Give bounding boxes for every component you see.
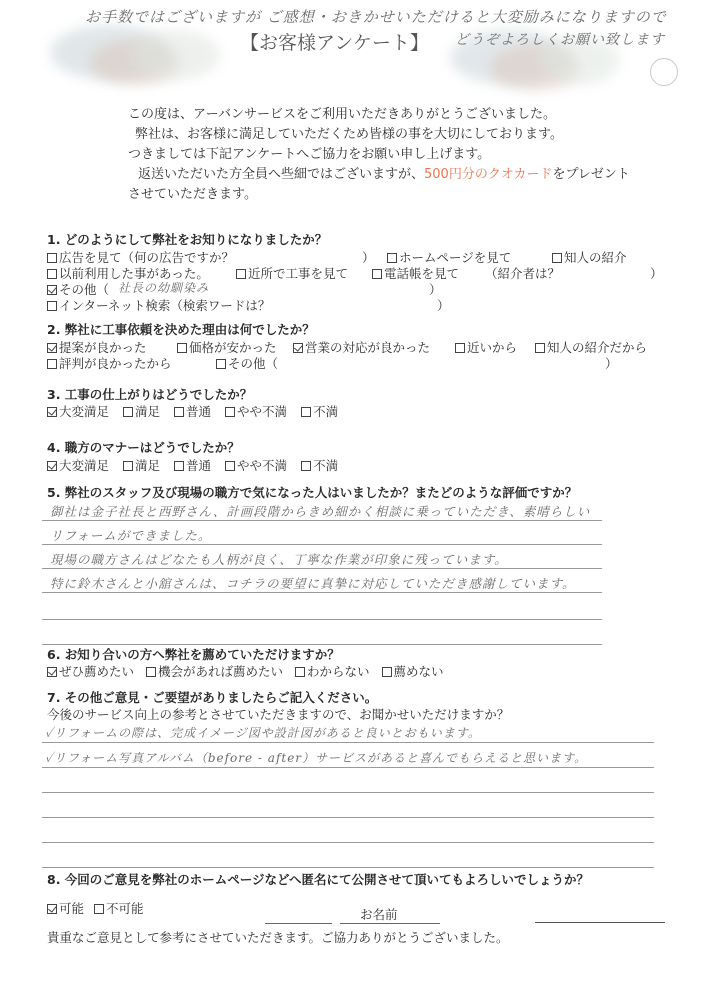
checkbox-checked-icon: [47, 461, 57, 471]
checkbox-icon: [225, 407, 235, 417]
checkbox-icon: [47, 359, 57, 369]
checkbox-icon: [216, 359, 226, 369]
answer-line-divider: [42, 520, 602, 521]
q4-option-label: 不満: [313, 458, 338, 473]
q1-question: 1. どのようにして弊社をお知りになりましたか？: [47, 230, 327, 248]
checkbox-checked-icon: [47, 343, 57, 353]
q3-option-label: 不満: [313, 404, 338, 419]
checkbox-icon: [123, 407, 133, 417]
q2-option-nearby[interactable]: 近いから: [455, 338, 517, 356]
checkbox-icon: [236, 269, 246, 279]
q6-option-if-chance[interactable]: 機会があれば薦めたい: [146, 662, 283, 680]
checkbox-icon: [295, 667, 305, 677]
q6-option-definitely[interactable]: ぜひ薦めたい: [47, 662, 134, 680]
q2-option-other[interactable]: その他（: [216, 354, 278, 372]
q1-option-ad[interactable]: 広告を見て（何の広告ですか？: [47, 250, 234, 265]
answer-line-divider: [42, 817, 654, 818]
q2-question: 2. 弊社に工事依頼を決めた理由は何でしたか？: [47, 320, 315, 338]
q1-referrer-close: ）: [650, 264, 663, 282]
q4-option-label: やや不満: [237, 458, 287, 473]
q6-question: 6. お知り合いの方へ弊社を薦めていただけますか？: [47, 645, 340, 663]
q6-option-not-sure[interactable]: わからない: [295, 662, 370, 680]
intro-line-4-suffix: をプレゼント: [552, 167, 629, 182]
q1-option-nearby-label: 近所で工事を見て: [248, 266, 348, 281]
handwritten-header-note: お手数ではございますが ご感想・おきかせいただけると大変励みになりますので: [85, 6, 667, 27]
q6-option-label: 機会があれば薦めたい: [158, 664, 283, 679]
intro-line-4-text: 返送いただいた方全員へ些細ではございますが、: [138, 167, 424, 182]
checkbox-icon: [301, 461, 311, 471]
q5-answer-line-4: 特に鈴木さんと小舘さんは、コチラの要望に真摯に対応していただき感謝しています。: [50, 574, 576, 592]
company-stamp-icon: [650, 58, 678, 86]
checkbox-icon: [455, 343, 465, 353]
checkbox-icon: [174, 407, 184, 417]
intro-line-5: させていただきます。: [128, 185, 630, 205]
q7-answer-line-2: ✓リフォーム写真アルバム（before - after）サービスがあると喜んでも…: [45, 749, 587, 766]
answer-line-divider: [42, 619, 602, 620]
q8-option-label: 可能: [59, 901, 84, 916]
checkbox-icon: [47, 269, 57, 279]
intro-line-4: 返送いただいた方全員へ些細ではございますが、500円分のクオカードをプレゼント: [128, 165, 630, 185]
q2-option-reputation-label: 評判が良かったから: [59, 356, 172, 371]
checkbox-icon: [177, 343, 187, 353]
q4-question: 4. 職方のマナーはどうでしたか？: [47, 438, 240, 456]
q3-option-label: 普通: [186, 404, 211, 419]
q8-option-allowed[interactable]: 可能: [47, 899, 84, 917]
q1-option-internet[interactable]: インターネット検索（検索ワードは？: [47, 296, 270, 314]
checkbox-checked-icon: [293, 343, 303, 353]
name-label: お名前: [360, 905, 398, 923]
q2-option-sales-label: 営業の対応が良かった: [305, 340, 430, 355]
q8-option-not-allowed[interactable]: 不可能: [94, 899, 144, 917]
q6-option-label: ぜひ薦めたい: [59, 664, 134, 679]
q1-other-handwritten-answer: 社長の幼馴染み: [118, 279, 209, 296]
name-field[interactable]: [535, 922, 665, 923]
thanks-message: 貴重なご意見として参考にさせていただきます。ご協力ありがとうございました。: [47, 928, 509, 946]
q6-option-label: 薦めない: [394, 664, 444, 679]
q3-options: 大変満足満足普通やや不満不満: [47, 402, 352, 420]
q1-option-nearby[interactable]: 近所で工事を見て: [236, 264, 348, 282]
q3-option-label: 満足: [135, 404, 160, 419]
q4-options: 大変満足満足普通やや不満不満: [47, 456, 352, 474]
answer-line-divider: [42, 544, 602, 545]
answer-line-divider: [42, 792, 654, 793]
checkbox-icon: [552, 253, 562, 263]
checkbox-icon: [372, 269, 382, 279]
q4-option-label: 大変満足: [59, 458, 109, 473]
q1-option-internet-label: インターネット検索（検索ワードは？: [59, 298, 270, 313]
q1-option-other-label: その他（: [59, 282, 109, 297]
checkbox-checked-icon: [47, 407, 57, 417]
q7-question: 7. その他ご意見・ご要望がありましたらご記入ください。: [47, 688, 377, 706]
q2-option-sales[interactable]: 営業の対応が良かった: [293, 338, 430, 356]
q7-subtext: 今後のサービス向上の参考とさせていただきますので、お聞かせいただけますか？: [47, 705, 509, 723]
q3-option-very-satisfied[interactable]: 大変満足: [47, 402, 109, 420]
intro-text: この度は、アーバンサービスをご利用いただきありがとうございました。 弊社は、お客…: [128, 105, 630, 205]
q3-option-normal[interactable]: 普通: [174, 402, 211, 420]
q2-option-proposal-label: 提案が良かった: [59, 340, 147, 355]
q2-option-referral[interactable]: 知人の紹介だから: [535, 338, 647, 356]
q4-option-somewhat-dissatisfied[interactable]: やや不満: [225, 456, 287, 474]
q6-options: ぜひ薦めたい機会があれば薦めたいわからない薦めない: [47, 662, 458, 680]
checkbox-icon: [387, 253, 397, 263]
answer-line-divider: [42, 867, 654, 868]
checkbox-icon: [301, 407, 311, 417]
q5-answer-line-3: 現場の職方さんはどなたも人柄が良く、丁寧な作業が印象に残っています。: [50, 550, 508, 568]
q3-option-somewhat-dissatisfied[interactable]: やや不満: [225, 402, 287, 420]
answer-line-divider: [42, 842, 654, 843]
checkbox-icon: [123, 461, 133, 471]
q3-option-satisfied[interactable]: 満足: [123, 402, 160, 420]
handwritten-header-closing: どうぞよろしくお願い致します: [455, 29, 665, 49]
q1-option-referral[interactable]: 知人の紹介: [552, 248, 627, 266]
checkbox-icon: [47, 301, 57, 311]
q8-option-label: 不可能: [106, 901, 144, 916]
q1-option-homepage-label: ホームページを見て: [399, 250, 511, 265]
page-title: 【お客様アンケート】: [240, 28, 429, 55]
checkbox-icon: [94, 904, 104, 914]
q5-question: 5. 弊社のスタッフ及び現場の職方で気になった人はいましたか？またどのような評価…: [47, 483, 577, 501]
q1-option-phonebook[interactable]: 電話帳を見て: [372, 264, 459, 282]
q1-option-phonebook-label: 電話帳を見て: [384, 266, 459, 281]
q2-option-nearby-label: 近いから: [467, 340, 517, 355]
intro-line-3: つきましては下記アンケートへご協力をお願い申し上げます。: [128, 145, 630, 165]
q3-option-label: 大変満足: [59, 404, 109, 419]
q4-option-label: 満足: [135, 458, 160, 473]
q2-option-referral-label: 知人の紹介だから: [547, 340, 647, 355]
q6-option-label: わからない: [307, 664, 370, 679]
name-underline: [340, 923, 440, 924]
answer-line-divider: [42, 742, 654, 743]
q6-option-no[interactable]: 薦めない: [382, 662, 444, 680]
checkbox-icon: [174, 461, 184, 471]
q8-options: 可能不可能: [47, 899, 158, 917]
q3-option-label: やや不満: [237, 404, 287, 419]
name-underline: [265, 923, 332, 924]
q2-option-price-label: 価格が安かった: [189, 340, 277, 355]
q1-option-referral-label: 知人の紹介: [564, 250, 627, 265]
checkbox-icon: [382, 667, 392, 677]
checkbox-icon: [146, 667, 156, 677]
checkbox-icon: [535, 343, 545, 353]
q5-answer-line-2: リフォームができました。: [50, 526, 211, 544]
checkbox-icon: [47, 253, 57, 263]
checkbox-checked-icon: [47, 904, 57, 914]
q4-option-normal[interactable]: 普通: [174, 456, 211, 474]
q3-option-dissatisfied[interactable]: 不満: [301, 402, 338, 420]
q1-internet-close: ）: [437, 296, 450, 314]
q2-other-close: ）: [605, 354, 618, 372]
q7-answer-line-1: ✓リフォームの際は、完成イメージ図や設計図があると良いとおもいます。: [45, 724, 481, 741]
answer-line-divider: [42, 568, 602, 569]
q4-option-satisfied[interactable]: 満足: [123, 456, 160, 474]
answer-line-divider: [42, 592, 602, 593]
q4-option-label: 普通: [186, 458, 211, 473]
quo-card-highlight: 500円分のクオカード: [424, 167, 552, 182]
checkbox-checked-icon: [47, 285, 57, 295]
checkbox-checked-icon: [47, 667, 57, 677]
q5-answer-line-1: 御社は金子社長と西野さん、計画段階からきめ細かく相談に乗っていただき、素晴らしい: [50, 502, 590, 520]
q4-option-very-satisfied[interactable]: 大変満足: [47, 456, 109, 474]
q4-option-dissatisfied[interactable]: 不満: [301, 456, 338, 474]
q2-option-reputation[interactable]: 評判が良かったから: [47, 354, 172, 372]
intro-line-1: この度は、アーバンサービスをご利用いただきありがとうございました。: [128, 105, 630, 125]
q1-referrer-label: （紹介者は？: [485, 264, 560, 282]
answer-line-divider: [42, 767, 654, 768]
q2-option-other-label: その他（: [228, 356, 278, 371]
q1-option-ad-label: 広告を見て（何の広告ですか？: [59, 250, 234, 265]
checkbox-icon: [225, 461, 235, 471]
intro-line-2: 弊社は、お客様に満足していただくため皆様の事を大切にしております。: [128, 125, 630, 145]
q8-question: 8. 今回のご意見を弊社のホームページなどへ匿名にて公開させて頂いてもよろしいで…: [47, 870, 589, 888]
q3-question: 3. 工事の仕上がりはどうでしたか？: [47, 385, 252, 403]
